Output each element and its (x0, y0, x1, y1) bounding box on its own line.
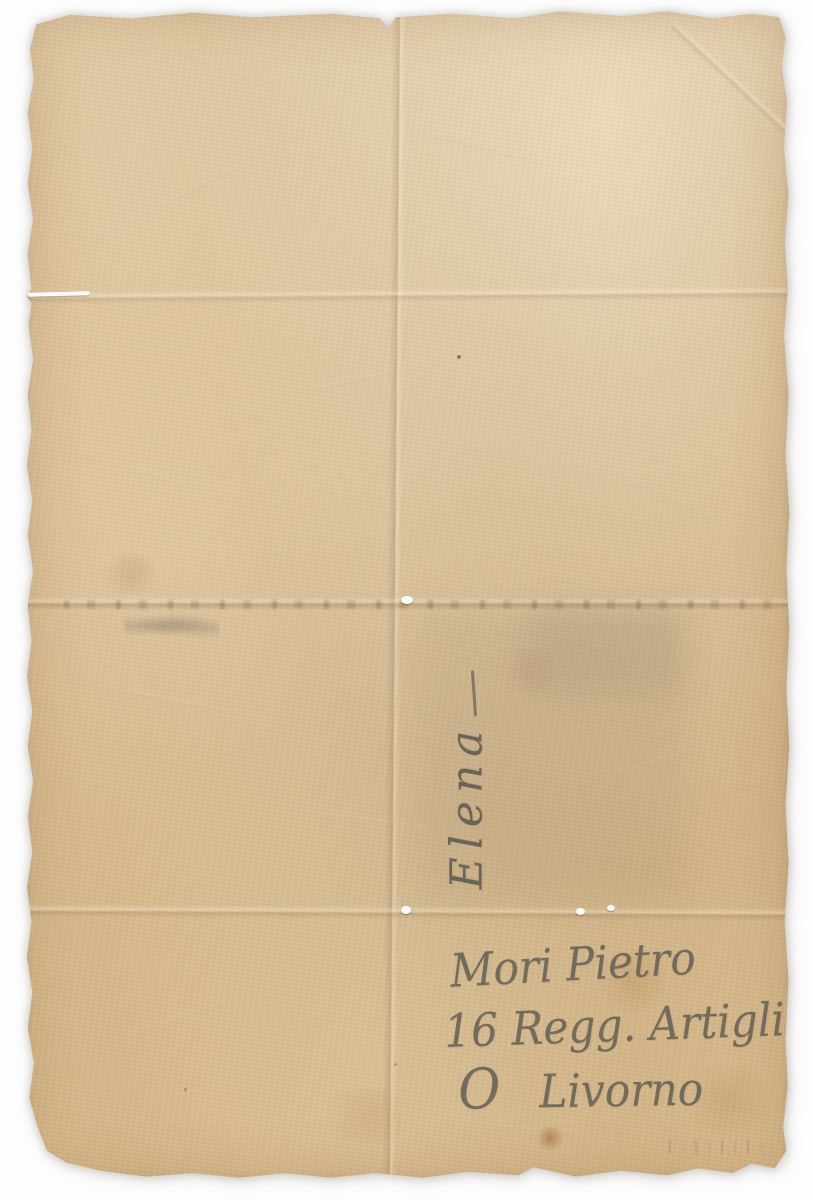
wrinkle-crease (140, 34, 308, 104)
faint-pencil-scribble (124, 614, 219, 638)
fold-shadow-smudge (524, 606, 684, 696)
dark-speck (394, 1063, 397, 1066)
handwritten-city: Livorno (539, 1062, 704, 1119)
wrinkle-crease (47, 442, 220, 497)
handwritten-name: Elena (442, 723, 493, 890)
vertical-fold-crease (382, 8, 406, 1180)
aged-paper-sheet: Elena Mori Pietro 16 Regg. Artiglieria O… (24, 8, 790, 1180)
handwritten-address-block: Mori Pietro 16 Regg. Artiglieria OLivorn… (441, 925, 790, 1123)
wrinkle-crease (416, 130, 562, 169)
wrinkle-crease (71, 679, 268, 720)
dirt-along-middle-fold (64, 600, 774, 609)
handwritten-initial: O (458, 1057, 501, 1123)
scan-background: Elena Mori Pietro 16 Regg. Artiglieria O… (0, 0, 813, 1200)
fold-hole (401, 906, 411, 914)
left-edge-tear (28, 291, 90, 297)
wrinkle-crease (280, 361, 437, 397)
horizontal-fold-crease-top (24, 286, 790, 304)
flourish-stroke (471, 671, 477, 717)
fold-hole (607, 905, 615, 911)
vertical-handwritten-note: Elena (442, 671, 493, 890)
faint-corner-marks (669, 1140, 764, 1154)
top-right-corner-crease (670, 22, 790, 170)
paper-shadow: Elena Mori Pietro 16 Regg. Artiglieria O… (24, 8, 790, 1180)
wrinkle-crease (294, 808, 433, 830)
fold-hole (401, 596, 413, 604)
wrinkle-crease (93, 990, 255, 1048)
handwritten-line-name: Mori Pietro (448, 918, 790, 1000)
wrinkle-crease (605, 468, 743, 532)
stain-spot (99, 553, 164, 595)
handwritten-line-city: OLivorno (458, 1054, 790, 1123)
fold-hole (576, 908, 585, 915)
stain-spot (314, 1088, 424, 1143)
wrinkle-crease (75, 148, 272, 251)
dark-speck (184, 1088, 187, 1091)
dark-speck (457, 355, 461, 359)
